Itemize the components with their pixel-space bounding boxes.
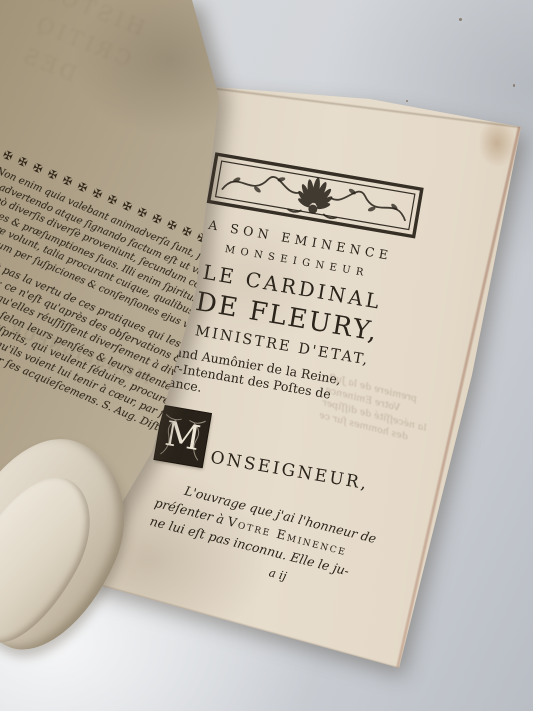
ghost-title-line: CRITIQ: [28, 6, 137, 76]
book-photo: premiere de la Juſt Votre Eminence la né…: [0, 0, 533, 711]
ghost-title-line: DES: [15, 38, 82, 91]
show-through-title: HISTOI CRITIQ DES: [15, 0, 257, 151]
ghost-title-line: HISTOI: [40, 0, 150, 45]
